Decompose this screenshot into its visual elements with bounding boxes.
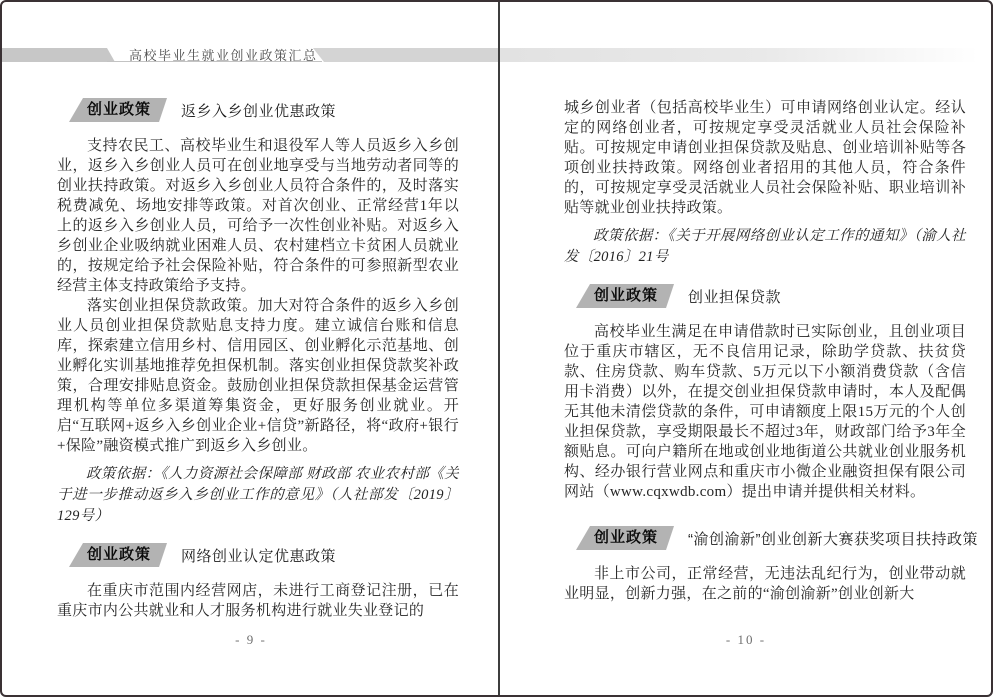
section-head-guaranteed-loan: 创业政策 创业担保贷款 (564, 284, 966, 308)
body-paragraph: 非上市公司，正常经营，无违法乱纪行为，创业带动就业明显，创新力强，在之前的“渝创… (564, 564, 966, 604)
page-gutter-divider (498, 2, 500, 695)
policy-basis-paragraph: 政策依据：《关于开展网络创业认定工作的通知》（渝人社发〔2016〕21号 (564, 226, 966, 268)
policy-badge: 创业政策 (69, 543, 167, 567)
section-title: 创业担保贷款 (688, 286, 781, 307)
book-spread: 高校毕业生就业创业政策汇总 创业政策 返乡入乡创业优惠政策 支持农民工、高校毕业… (0, 0, 993, 697)
policy-badge: 创业政策 (576, 284, 674, 308)
policy-basis-paragraph: 政策依据：《人力资源社会保障部 财政部 农业农村部《关于进一步推动返乡入乡创业工… (57, 464, 459, 527)
section-title: 网络创业认定优惠政策 (181, 545, 336, 566)
section-title: 返乡入乡创业优惠政策 (181, 100, 336, 121)
page-number-right: - 10 - (499, 632, 993, 648)
body-paragraph: 在重庆市范围内经营网店，未进行工商登记注册，已在重庆市内公共就业和人才服务机构进… (57, 581, 459, 621)
section-title: “渝创渝新”创业创新大赛获奖项目扶持政策 (688, 528, 978, 549)
right-page-column: 城乡创业者（包括高校毕业生）可申请网络创业认定。经认定的网络创业者，可按规定享受… (564, 2, 966, 604)
policy-badge: 创业政策 (576, 526, 674, 550)
section-head-competition-award-policy: 创业政策 “渝创渝新”创业创新大赛获奖项目扶持政策 (564, 526, 966, 550)
continuation-paragraph: 城乡创业者（包括高校毕业生）可申请网络创业认定。经认定的网络创业者，可按规定享受… (564, 98, 966, 218)
body-paragraph: 高校毕业生满足在申请借款时已实际创业，且创业项目位于重庆市辖区，无不良信用记录，… (564, 322, 966, 502)
body-paragraph: 落实创业担保贷款政策。加大对符合条件的返乡入乡创业人员创业担保贷款贴息支持力度。… (57, 296, 459, 456)
body-paragraph: 支持农民工、高校毕业生和退役军人等人员返乡入乡创业，返乡入乡创业人员可在创业地享… (57, 136, 459, 296)
left-page-column: 创业政策 返乡入乡创业优惠政策 支持农民工、高校毕业生和退役军人等人员返乡入乡创… (57, 2, 459, 621)
section-head-online-business-policy: 创业政策 网络创业认定优惠政策 (57, 543, 459, 567)
page-number-left: - 9 - (4, 632, 498, 648)
policy-badge: 创业政策 (69, 98, 167, 122)
section-head-return-home-policy: 创业政策 返乡入乡创业优惠政策 (57, 98, 459, 122)
